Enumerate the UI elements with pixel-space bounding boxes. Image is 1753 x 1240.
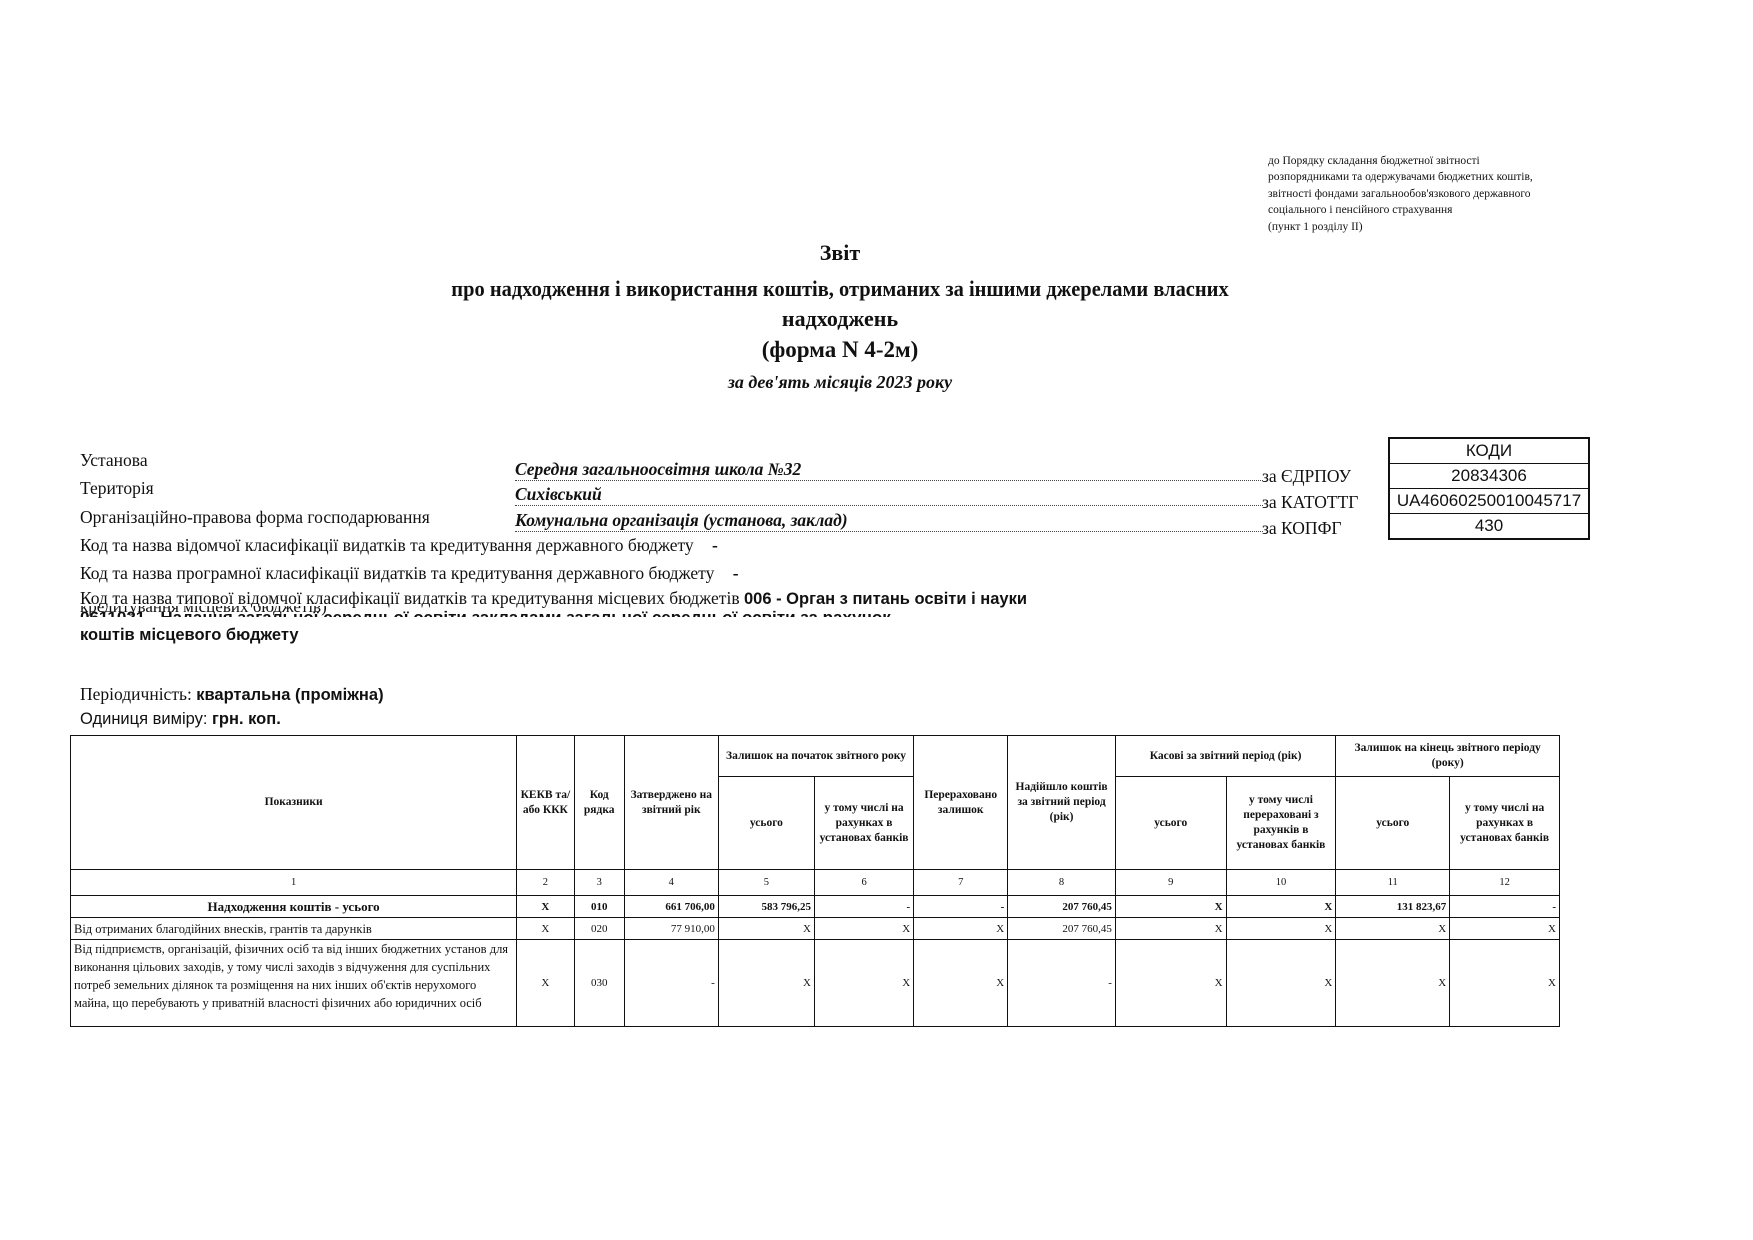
- header-received: Надійшло коштів за звітний період (рік): [1008, 736, 1116, 870]
- column-number: 3: [574, 870, 624, 896]
- kopfg-code: 430: [1390, 514, 1588, 538]
- cell-code: 030: [574, 940, 624, 1027]
- header-indicators: Показники: [71, 736, 517, 870]
- regulation-note: до Порядку складання бюджетної звітності…: [1268, 153, 1533, 235]
- cell-end-in-banks: X: [1450, 918, 1560, 940]
- cell-transferred: -: [914, 896, 1008, 918]
- column-number: 6: [814, 870, 913, 896]
- katottg-label: за КАТОТТГ: [1262, 492, 1358, 513]
- form-number: (форма N 4-2м): [0, 337, 1680, 363]
- cell-start-in-banks: X: [814, 918, 913, 940]
- column-number: 4: [624, 870, 718, 896]
- dept-classification-value: -: [712, 535, 718, 555]
- report-period: за дев'ять місяців 2023 року: [0, 372, 1680, 393]
- column-number: 8: [1008, 870, 1116, 896]
- periodicity-value: квартальна (проміжна): [196, 686, 383, 704]
- org-form-label: Організаційно-правова форма господарюван…: [80, 507, 430, 528]
- periodicity-label: Періодичність:: [80, 684, 192, 704]
- header-start-total: усього: [718, 777, 814, 870]
- org-form-value: Комунальна організація (установа, заклад…: [515, 509, 1263, 532]
- codes-header: КОДИ: [1390, 439, 1588, 464]
- header-end-total: усього: [1336, 777, 1450, 870]
- cell-name: Від отриманих благодійних внесків, грант…: [71, 918, 517, 940]
- typical-classification-label: Код та назва типової відомчої класифікац…: [80, 588, 1027, 609]
- table-row: Надходження коштів - усьогоX010661 706,0…: [71, 896, 1560, 918]
- cell-start-in-banks: X: [814, 940, 913, 1027]
- column-number: 9: [1115, 870, 1226, 896]
- report-subtitle-cont: надходжень: [0, 306, 1680, 332]
- header-start-in-banks: у тому числі на рахунках в установах бан…: [814, 777, 913, 870]
- header-start-balance: Залишок на початок звітного року: [718, 736, 913, 777]
- cell-start-total: 583 796,25: [718, 896, 814, 918]
- column-number: 7: [914, 870, 1008, 896]
- cell-kekv: X: [517, 918, 574, 940]
- cell-start-in-banks: -: [814, 896, 913, 918]
- column-number: 5: [718, 870, 814, 896]
- edrpou-label: за ЄДРПОУ: [1262, 466, 1351, 487]
- cell-approved: -: [624, 940, 718, 1027]
- regulation-note-line: розпорядниками та одержувачами бюджетних…: [1268, 169, 1533, 185]
- territory-value: Сихівський: [515, 483, 1263, 506]
- header-approved: Затверджено на звітний рік: [624, 736, 718, 870]
- header-cash-from-banks: у тому числі перераховані з рахунків в у…: [1226, 777, 1336, 870]
- cell-start-total: X: [718, 940, 814, 1027]
- unit: Одиниця виміру: грн. коп.: [80, 710, 281, 729]
- cell-name-text: Від підприємств, організацій, фізичних о…: [74, 940, 513, 1026]
- prog-classification-label: Код та назва програмної класифікації вид…: [80, 563, 739, 584]
- column-number: 12: [1450, 870, 1560, 896]
- territory-label: Територія: [80, 478, 154, 499]
- header-transferred: Перераховано залишок: [914, 736, 1008, 870]
- cell-name: Надходження коштів - усього: [71, 896, 517, 918]
- cell-end-total: X: [1336, 940, 1450, 1027]
- header-end-balance: Залишок на кінець звітного періоду (року…: [1336, 736, 1560, 777]
- codes-box: КОДИ 20834306 UA46060250010045717 430: [1388, 437, 1590, 540]
- cell-approved: 661 706,00: [624, 896, 718, 918]
- cell-kekv: X: [517, 940, 574, 1027]
- katottg-code: UA46060250010045717: [1390, 489, 1588, 514]
- cell-received: 207 760,45: [1008, 896, 1116, 918]
- dept-classification-text: Код та назва відомчої класифікації видат…: [80, 535, 694, 555]
- dept-classification-label: Код та назва відомчої класифікації видат…: [80, 535, 718, 556]
- report-table: Показники КЕКВ та/або ККК Код рядка Затв…: [70, 735, 1560, 1027]
- prog-classification-value: -: [733, 563, 739, 583]
- table-row: Від підприємств, організацій, фізичних о…: [71, 940, 1560, 1027]
- cell-name: Від підприємств, організацій, фізичних о…: [71, 940, 517, 1027]
- cell-approved: 77 910,00: [624, 918, 718, 940]
- header-kekv: КЕКВ та/або ККК: [517, 736, 574, 870]
- column-number: 2: [517, 870, 574, 896]
- cell-cash-from-banks: X: [1226, 940, 1336, 1027]
- report-subtitle: про надходження і використання коштів, о…: [59, 276, 1621, 302]
- cell-transferred: X: [914, 940, 1008, 1027]
- regulation-note-line: до Порядку складання бюджетної звітності: [1268, 153, 1533, 169]
- report-title: Звіт: [0, 240, 1680, 266]
- periodicity: Періодичність: квартальна (проміжна): [80, 684, 384, 705]
- column-number: 1: [71, 870, 517, 896]
- cell-start-total: X: [718, 918, 814, 940]
- cell-end-in-banks: X: [1450, 940, 1560, 1027]
- cell-end-in-banks: -: [1450, 896, 1560, 918]
- kopfg-label: за КОПФГ: [1262, 518, 1342, 539]
- header-cash: Касові за звітний період (рік): [1115, 736, 1335, 777]
- typical-classification-value: 006 - Орган з питань освіти і науки: [744, 590, 1027, 608]
- column-number: 11: [1336, 870, 1450, 896]
- prog-classification-text: Код та назва програмної класифікації вид…: [80, 563, 714, 583]
- cell-code: 010: [574, 896, 624, 918]
- table-row: Від отриманих благодійних внесків, грант…: [71, 918, 1560, 940]
- typical-classification-text: Код та назва типової відомчої класифікац…: [80, 588, 740, 608]
- cell-received: 207 760,45: [1008, 918, 1116, 940]
- cell-end-total: 131 823,67: [1336, 896, 1450, 918]
- cell-received: -: [1008, 940, 1116, 1027]
- regulation-note-line: соціального і пенсійного страхування: [1268, 202, 1533, 218]
- institution-label: Установа: [80, 450, 148, 471]
- cell-transferred: X: [914, 918, 1008, 940]
- header-cash-total: усього: [1115, 777, 1226, 870]
- unit-value: грн. коп.: [212, 710, 281, 728]
- header-end-in-banks: у тому числі на рахунках в установах бан…: [1450, 777, 1560, 870]
- institution-value: Середня загальноосвітня школа №32: [515, 458, 1263, 481]
- edrpou-code: 20834306: [1390, 464, 1588, 489]
- cell-cash-total: X: [1115, 940, 1226, 1027]
- unit-label: Одиниця виміру:: [80, 710, 207, 728]
- cell-cash-total: X: [1115, 896, 1226, 918]
- column-number: 10: [1226, 870, 1336, 896]
- cell-code: 020: [574, 918, 624, 940]
- cell-kekv: X: [517, 896, 574, 918]
- cell-end-total: X: [1336, 918, 1450, 940]
- cell-cash-from-banks: X: [1226, 896, 1336, 918]
- cell-cash-total: X: [1115, 918, 1226, 940]
- column-numbers-row: 123456789101112: [71, 870, 1560, 896]
- cell-cash-from-banks: X: [1226, 918, 1336, 940]
- program-classification-cont: коштів місцевого бюджету: [80, 626, 299, 645]
- header-row-code: Код рядка: [574, 736, 624, 870]
- program-overlap-value: 0611021 - Надання загальної середньої ос…: [80, 608, 891, 617]
- regulation-note-line: звітності фондами загальнообов'язкового …: [1268, 186, 1533, 202]
- regulation-note-line: (пункт 1 розділу II): [1268, 219, 1533, 235]
